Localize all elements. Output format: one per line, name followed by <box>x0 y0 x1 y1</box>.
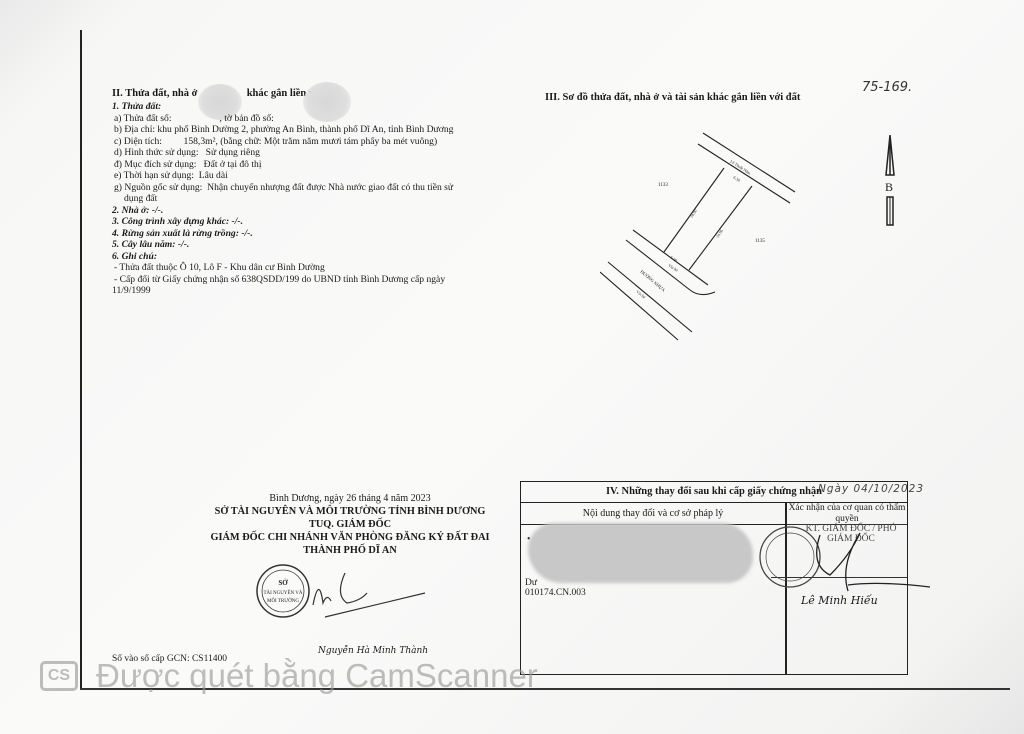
forest-line: 4. Rừng sản xuất là rừng trồng: -/-. <box>112 228 492 240</box>
note-line: - Thửa đất thuộc Ô 10, Lô F - Khu dân cư… <box>112 262 492 274</box>
section-2-body: 1. Thửa đất: a) Thửa đất số: , tờ bản đồ… <box>112 101 492 297</box>
right-parcel-label: 1135 <box>755 239 765 244</box>
column-header-confirm: Xác nhận của cơ quan có thẩm quyền <box>787 503 907 525</box>
signature-right <box>800 525 930 595</box>
road-name-label: ĐƯỜNG NHỰA <box>639 269 666 293</box>
camscanner-watermark: CS Được quét bằng CamScanner <box>40 657 538 695</box>
svg-text:TÀI NGUYÊN VÀ: TÀI NGUYÊN VÀ <box>263 590 302 596</box>
svg-text:MÔI TRƯỜNG: MÔI TRƯỜNG <box>267 598 299 604</box>
camscanner-logo-icon: CS <box>40 661 78 691</box>
signer-position: GIÁM ĐỐC CHI NHÁNH VĂN PHÒNG ĐĂNG KÝ ĐẤT… <box>180 531 520 544</box>
north-label: B <box>885 180 893 194</box>
note-line: - Cấp đổi từ Giấy chứng nhận số 638QSDD/… <box>112 274 492 286</box>
on-behalf-label: TUQ. GIÁM ĐỐC <box>180 518 520 531</box>
svg-text:SỞ: SỞ <box>278 579 288 587</box>
sidewalk-label: Vỉa hè <box>667 263 679 273</box>
change-entry-code: 010174.CN.003 <box>525 588 586 598</box>
parcel-sketch: 1133 1135 Lê Thuật Năm 6.38 24.90 24.96 … <box>600 120 900 360</box>
other-construction-line: 3. Công trình xây dựng khác: -/-. <box>112 216 492 228</box>
section-3-title: III. Sơ đồ thửa đất, nhà ở và tài sản kh… <box>545 92 800 103</box>
signer-city: THÀNH PHỐ DĨ AN <box>180 544 520 557</box>
signature-left <box>305 565 445 635</box>
signer-name-right: Lê Minh Hiếu <box>801 594 878 607</box>
issue-date: Bình Dương, ngày 26 tháng 4 năm 2023 <box>180 492 520 505</box>
usage-term-line: e) Thời hạn sử dụng: Lâu dài <box>112 170 492 182</box>
watermark-text: Được quét bằng CamScanner <box>96 657 538 695</box>
official-seal-icon: SỞ TÀI NGUYÊN VÀ MÔI TRƯỜNG <box>255 563 311 619</box>
perennial-line: 5. Cây lâu năm: -/-. <box>112 239 492 251</box>
usage-purpose-line: đ) Mục đích sử dụng: Đất ở tại đô thị <box>112 159 492 171</box>
parcel-heading: 1. Thửa đất: <box>112 101 492 113</box>
left-border-line <box>80 30 82 690</box>
parcel-number-line: a) Thửa đất số: , tờ bản đồ số: <box>112 113 492 125</box>
usage-form-line: d) Hình thức sử dụng: Sử dụng riêng <box>112 147 492 159</box>
note-line: 11/9/1999 <box>112 285 492 297</box>
top-width-label: 6.38 <box>732 175 741 183</box>
column-header-content: Nội dung thay đổi và cơ sở pháp lý <box>521 503 785 525</box>
area-line: c) Diện tích: 158,3m², (bằng chữ: Một tr… <box>112 136 492 148</box>
usage-origin-line: g) Nguồn gốc sử dụng: Nhận chuyển nhượng… <box>112 182 492 194</box>
right-side-label: 24.96 <box>715 228 724 238</box>
redaction-blur <box>528 523 753 583</box>
sidewalk-label: Vỉa hè <box>635 289 646 300</box>
usage-origin-line-cont: dụng đất <box>112 193 492 205</box>
handwritten-reference-number: 75-169. <box>862 80 912 95</box>
issuing-authority-block: Bình Dương, ngày 26 tháng 4 năm 2023 SỞ … <box>180 492 520 557</box>
handwritten-date: Ngày 04/10/2023 <box>818 483 924 495</box>
top-road-label: Lê Thuật Năm <box>729 159 752 176</box>
section-2-title-part1: II. Thửa đất, nhà ở <box>112 88 197 99</box>
issuing-organization: SỞ TÀI NGUYÊN VÀ MÔI TRƯỜNG TỈNH BÌNH DƯ… <box>180 505 520 518</box>
house-line: 2. Nhà ở: -/-. <box>112 205 492 217</box>
north-arrow-icon: B <box>878 135 902 230</box>
left-side-label: 24.90 <box>689 208 698 218</box>
address-line: b) Địa chỉ: khu phố Bình Dường 2, phường… <box>112 124 492 136</box>
signer-name-left: Nguyễn Hà Minh Thành <box>318 646 428 656</box>
notes-heading: 6. Ghi chú: <box>112 251 492 263</box>
left-parcel-label: 1133 <box>658 183 668 188</box>
